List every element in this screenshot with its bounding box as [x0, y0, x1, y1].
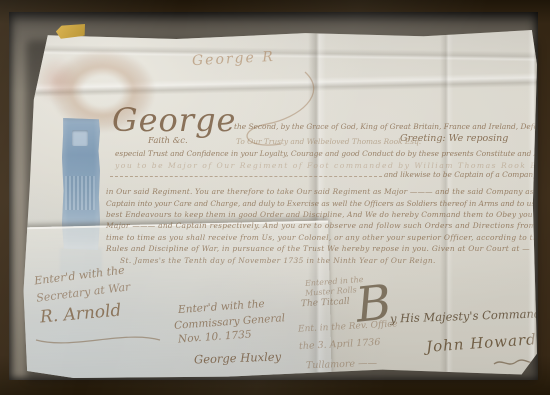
upper-crease: [22, 44, 537, 61]
muster-entry-line-6: Tullamore ——: [306, 359, 377, 371]
body-line-6: in Our said Regiment. You are therefore …: [106, 188, 534, 195]
body-line-1: the Second, by the Grace of God, King of…: [234, 123, 550, 130]
dashed-rule: [110, 176, 382, 177]
body-line-2a: Faith &c.: [148, 137, 188, 146]
body-line-2c-greeting: Greeting: We reposing: [400, 134, 508, 144]
muster-entry-line-5: the 3. April 1736: [299, 338, 381, 352]
body-line-9: Major ——— and Captain respectively. And …: [106, 222, 546, 229]
stamp-emboss-cypher: [72, 130, 88, 146]
body-line-12: St. James's the Tenth day of November 17…: [120, 257, 436, 264]
command-label: y His Majesty's Command: [390, 308, 542, 325]
secretary-signature-flourish: [32, 328, 167, 350]
opening-word-george: George: [112, 104, 236, 136]
muster-entry-line-3: The Titcall: [301, 298, 350, 310]
body-line-10: time to time as you shall receive from U…: [106, 234, 543, 241]
command-signature: John Howard: [426, 332, 538, 355]
command-flourish-initial: B: [354, 278, 394, 329]
commissary-signature: George Huxley: [194, 351, 281, 366]
body-line-2b: To Our Trusty and Welbeloved Thomas Rook…: [236, 138, 421, 145]
body-line-4: you to be Major of Our Regiment of Foot …: [115, 162, 550, 170]
body-line-11: Rules and Discipline of War, in pursuanc…: [106, 245, 530, 252]
stamp-emboss-band: [65, 176, 95, 210]
body-line-3: especial Trust and Confidence in your Lo…: [115, 150, 550, 157]
parchment-document: George R George the Second, by the Grace…: [22, 30, 537, 378]
framed-photo: George R George the Second, by the Grace…: [0, 0, 550, 395]
body-line-8: best Endeavours to keep them in good Ord…: [106, 211, 550, 218]
body-line-5: and likewise to be Captain of a Company: [384, 171, 537, 178]
body-line-7: Captain into your Care and Charge, and d…: [106, 200, 550, 207]
